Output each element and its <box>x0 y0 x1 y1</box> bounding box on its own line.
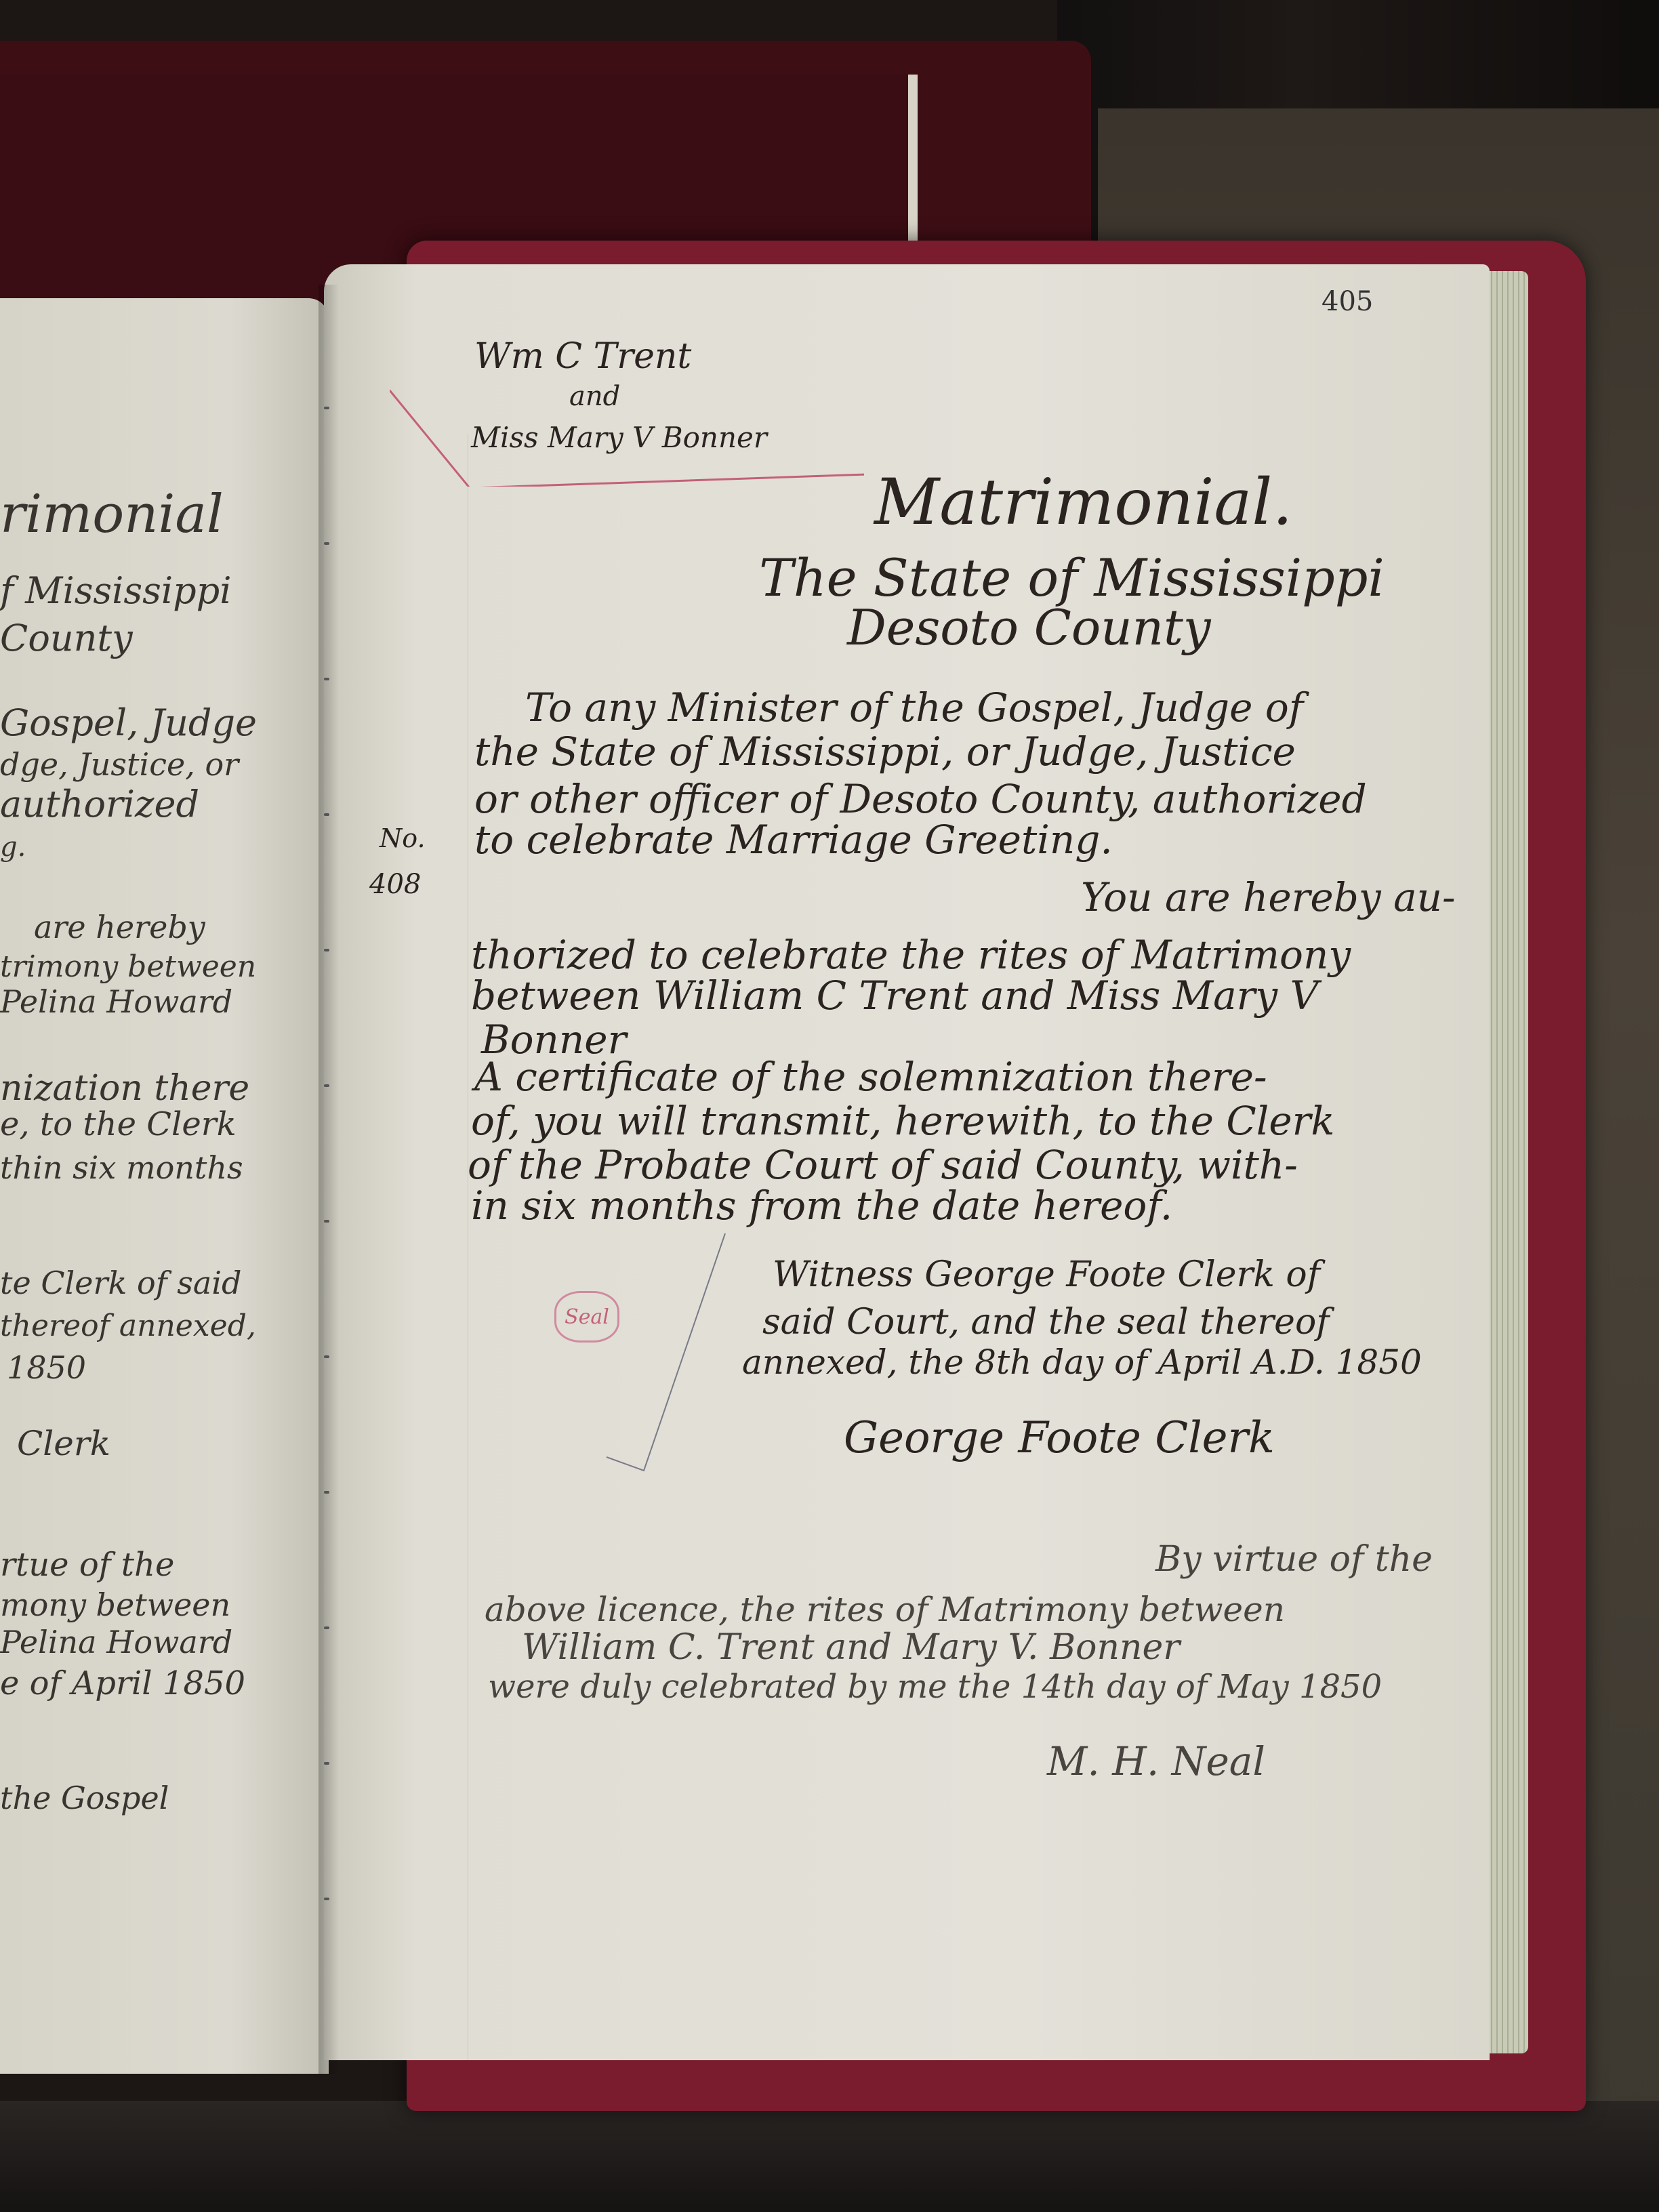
left-line: e of April 1850 <box>0 1667 245 1700</box>
license-line: of the Probate Court of said County, wit… <box>468 1145 1298 1185</box>
license-line: thorized to celebrate the rites of Matri… <box>471 935 1351 975</box>
left-line: rimonial <box>0 488 224 541</box>
license-line: the State of Mississippi, or Judge, Just… <box>474 732 1296 771</box>
witness-line: said Court, and the seal thereof <box>762 1305 1330 1340</box>
left-line: are hereby <box>34 912 205 943</box>
court-seal: Seal <box>554 1291 619 1343</box>
left-line: dge, Justice, or <box>0 749 239 780</box>
certificate-line: By virtue of the <box>1155 1542 1433 1577</box>
officiant-signature: M. H. Neal <box>1047 1742 1265 1781</box>
index-bride: Miss Mary V Bonner <box>471 424 767 452</box>
heading-county: Desoto County <box>847 603 1211 652</box>
index-and: and <box>569 383 620 410</box>
license-line: of, you will transmit, herewith, to the … <box>471 1101 1335 1141</box>
left-line: thereof annexed, <box>0 1311 256 1341</box>
license-line: To any Minister of the Gospel, Judge of <box>525 688 1303 727</box>
witness-line: annexed, the 8th day of April A.D. 1850 <box>742 1345 1422 1379</box>
page-number: 405 <box>1322 288 1373 315</box>
seal-label: Seal <box>565 1305 609 1329</box>
entry-number-label: No. <box>380 825 426 851</box>
left-line: authorized <box>0 786 199 823</box>
left-line: the Gospel <box>0 1782 169 1814</box>
left-line: te Clerk of said <box>0 1267 241 1298</box>
heading-state: The State of Mississippi <box>759 552 1385 604</box>
certificate-line: above licence, the rites of Matrimony be… <box>485 1593 1285 1626</box>
index-groom: Wm C Trent <box>474 339 691 374</box>
left-line: trimony between <box>0 952 256 982</box>
left-line: nization there <box>0 1071 249 1106</box>
left-line: e, to the Clerk <box>0 1108 237 1141</box>
left-line: thin six months <box>0 1152 243 1183</box>
license-line: A certificate of the solemnization there… <box>474 1057 1267 1097</box>
book-gutter <box>319 285 339 2074</box>
witness-bracket-icon <box>596 1233 732 1491</box>
page-title: Matrimonial. <box>874 471 1292 535</box>
left-line: Clerk <box>17 1427 110 1460</box>
left-line: g. <box>0 834 26 861</box>
left-line: f Mississippi <box>0 573 232 609</box>
left-line: mony between <box>0 1589 230 1620</box>
certificate-line: were duly celebrated by me the 14th day … <box>488 1671 1382 1703</box>
license-line: or other officer of Desoto County, autho… <box>474 779 1367 819</box>
entry-number-value: 408 <box>369 871 421 898</box>
left-line: 1850 <box>7 1352 86 1383</box>
margin-rule <box>468 434 468 2060</box>
left-line: Gospel, Judge <box>0 705 257 741</box>
witness-line: Witness George Foote Clerk of <box>773 1257 1320 1292</box>
left-line: County <box>0 620 133 657</box>
clerk-signature: George Foote Clerk <box>844 1416 1275 1460</box>
certificate-line: William C. Trent and Mary V. Bonner <box>522 1630 1180 1665</box>
background-table <box>0 2101 1659 2212</box>
left-line: Pelina Howard <box>0 986 232 1017</box>
license-line: You are hereby au- <box>1081 878 1456 917</box>
license-line: to celebrate Marriage Greeting. <box>474 820 1113 859</box>
left-line: rtue of the <box>0 1549 174 1581</box>
license-line: between William C Trent and Miss Mary V <box>471 976 1318 1015</box>
left-line: Pelina Howard <box>0 1626 232 1658</box>
license-line: in six months from the date hereof. <box>471 1186 1172 1225</box>
